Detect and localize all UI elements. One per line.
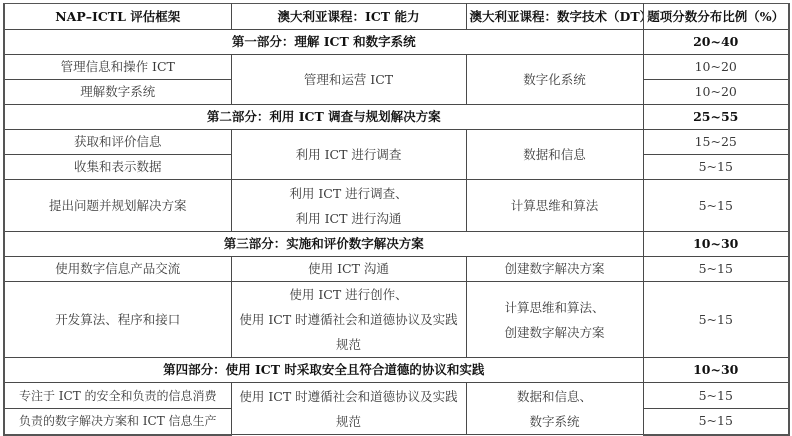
dt-cell: 数字化系统 <box>466 55 643 105</box>
ict-capability-cell: 利用 ICT 进行调查、 利用 ICT 进行沟通 <box>231 180 466 232</box>
section-row: 第二部分：利用 ICT 调查与规划解决方案 25~55 <box>4 105 789 130</box>
ict-line: 利用 ICT 进行沟通 <box>235 206 463 231</box>
dt-line: 数据和信息、 <box>470 384 640 409</box>
percent-cell: 15~25 <box>643 130 789 155</box>
section-row: 第三部分：实施和评价数字解决方案 10~30 <box>4 232 789 257</box>
section-percent: 25~55 <box>643 105 789 130</box>
dt-line: 数字系统 <box>470 409 640 429</box>
framework-cell: 收集和表示数据 <box>4 155 231 180</box>
header-score-distribution: 题项分数分布比例（%） <box>643 4 789 30</box>
dt-cell: 创建数字解决方案 <box>466 257 643 282</box>
framework-cell: 管理信息和操作 ICT <box>4 55 231 80</box>
ict-line: 使用 ICT 时遵循社会和道德协议及实践 <box>235 307 463 332</box>
section-percent: 10~30 <box>643 232 789 257</box>
percent-cell: 5~15 <box>643 383 789 409</box>
table-row: 专注于 ICT 的安全和负责的信息消费 使用 ICT 时遵循社会和道德协议及实践… <box>4 383 789 409</box>
ict-line: 规范 <box>235 409 463 429</box>
framework-cell: 开发算法、程序和接口 <box>4 282 231 358</box>
ict-line: 利用 ICT 进行调查、 <box>235 181 463 206</box>
section-title: 第一部分：理解 ICT 和数字系统 <box>4 30 643 55</box>
header-digital-technologies: 澳大利亚课程：数字技术（DT） <box>466 4 643 30</box>
dt-line: 计算思维和算法、 <box>470 295 640 320</box>
table-row: 开发算法、程序和接口 使用 ICT 进行创作、 使用 ICT 时遵循社会和道德协… <box>4 282 789 358</box>
framework-cell: 负责的数字解决方案和 ICT 信息生产 <box>4 409 231 429</box>
header-ict-capability: 澳大利亚课程：ICT 能力 <box>231 4 466 30</box>
header-row: NAP–ICTL 评估框架 澳大利亚课程：ICT 能力 澳大利亚课程：数字技术（… <box>4 4 789 30</box>
table-row: 提出问题并规划解决方案 利用 ICT 进行调查、 利用 ICT 进行沟通 计算思… <box>4 180 789 232</box>
ict-capability-cell: 利用 ICT 进行调查 <box>231 130 466 180</box>
percent-cell: 10~20 <box>643 80 789 105</box>
ict-line: 使用 ICT 进行创作、 <box>235 282 463 307</box>
ict-capability-cell: 使用 ICT 沟通 <box>231 257 466 282</box>
percent-cell: 5~15 <box>643 180 789 232</box>
ict-line: 使用 ICT 时遵循社会和道德协议及实践 <box>235 384 463 409</box>
section-percent: 20~40 <box>643 30 789 55</box>
section-row: 第一部分：理解 ICT 和数字系统 20~40 <box>4 30 789 55</box>
section-title: 第二部分：利用 ICT 调查与规划解决方案 <box>4 105 643 130</box>
framework-cell: 理解数字系统 <box>4 80 231 105</box>
framework-cell: 提出问题并规划解决方案 <box>4 180 231 232</box>
table-row: 管理信息和操作 ICT 管理和运营 ICT 数字化系统 10~20 <box>4 55 789 80</box>
section-title: 第四部分：使用 ICT 时采取安全且符合道德的协议和实践 <box>4 358 643 383</box>
table-row: 获取和评价信息 利用 ICT 进行调查 数据和信息 15~25 <box>4 130 789 155</box>
dt-line: 创建数字解决方案 <box>470 320 640 345</box>
percent-cell: 5~15 <box>643 409 789 429</box>
table-row: 使用数字信息产品交流 使用 ICT 沟通 创建数字解决方案 5~15 <box>4 257 789 282</box>
percent-cell: 10~20 <box>643 55 789 80</box>
percent-cell: 5~15 <box>643 155 789 180</box>
framework-cell: 获取和评价信息 <box>4 130 231 155</box>
dt-cell: 数据和信息、 数字系统 <box>466 383 643 429</box>
framework-cell: 专注于 ICT 的安全和负责的信息消费 <box>4 383 231 409</box>
ict-capability-cell: 使用 ICT 时遵循社会和道德协议及实践 规范 <box>231 383 466 429</box>
dt-cell: 数据和信息 <box>466 130 643 180</box>
section-row: 第四部分：使用 ICT 时采取安全且符合道德的协议和实践 10~30 <box>4 358 789 383</box>
ict-capability-cell: 使用 ICT 进行创作、 使用 ICT 时遵循社会和道德协议及实践 规范 <box>231 282 466 358</box>
section-title: 第三部分：实施和评价数字解决方案 <box>4 232 643 257</box>
dt-cell: 计算思维和算法、 创建数字解决方案 <box>466 282 643 358</box>
section-percent: 10~30 <box>643 358 789 383</box>
ict-capability-cell: 管理和运营 ICT <box>231 55 466 105</box>
ict-line: 规范 <box>235 332 463 357</box>
header-framework: NAP–ICTL 评估框架 <box>4 4 231 30</box>
assessment-framework-table: NAP–ICTL 评估框架 澳大利亚课程：ICT 能力 澳大利亚课程：数字技术（… <box>3 3 790 428</box>
dt-cell: 计算思维和算法 <box>466 180 643 232</box>
percent-cell: 5~15 <box>643 257 789 282</box>
framework-cell: 使用数字信息产品交流 <box>4 257 231 282</box>
percent-cell: 5~15 <box>643 282 789 358</box>
